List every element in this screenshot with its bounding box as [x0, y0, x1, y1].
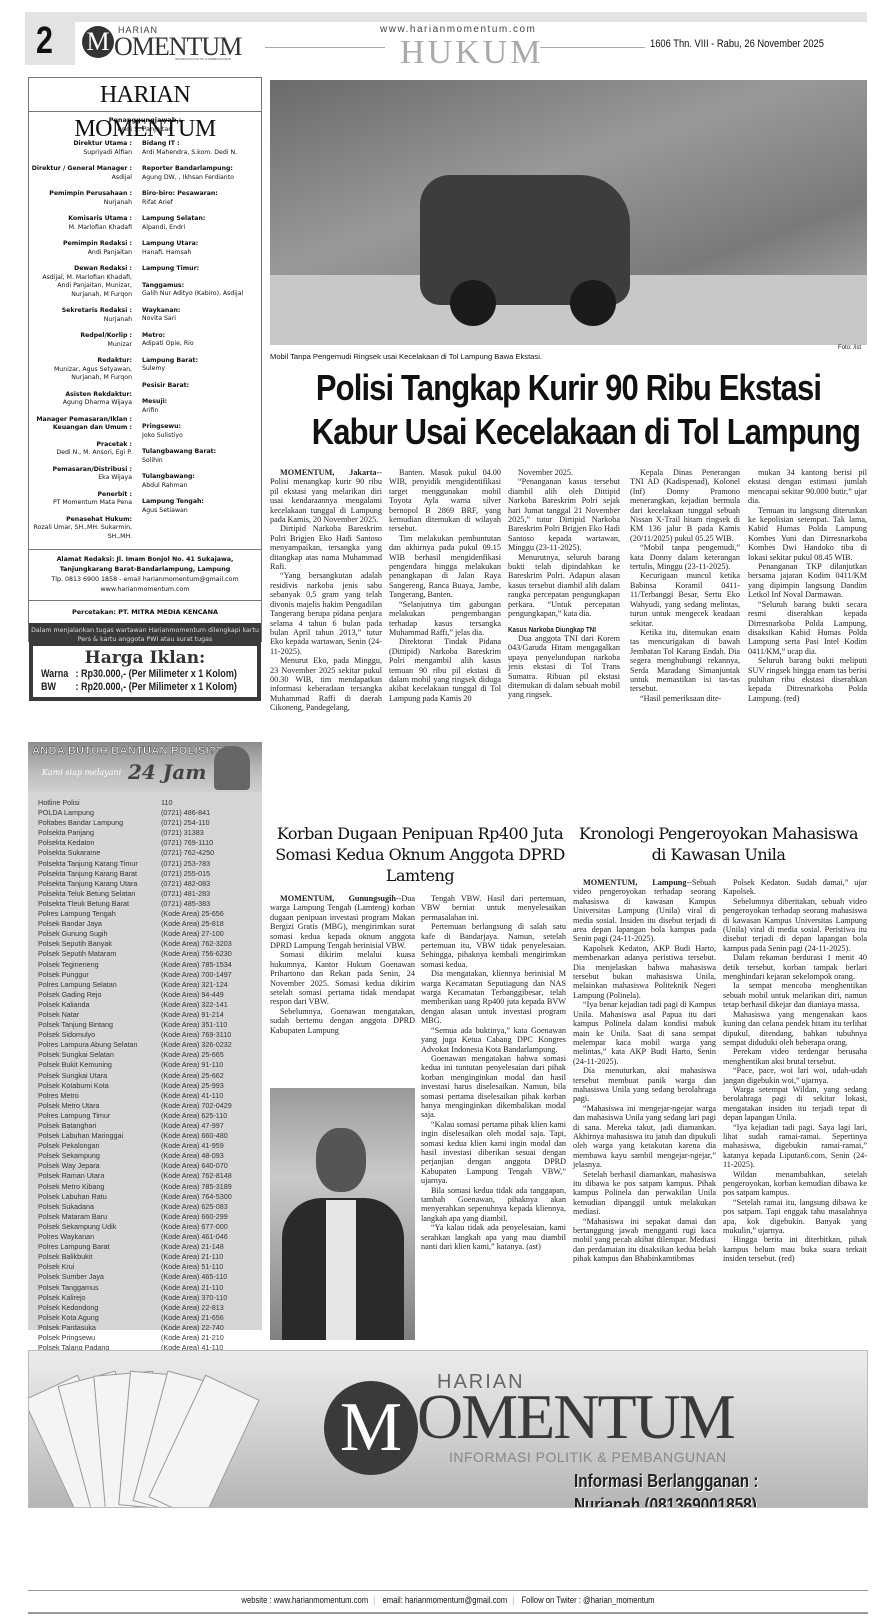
station-name: Polsekta Tanjung Karang Timur — [38, 859, 161, 869]
staff-role: Asisten Rekdaktur: — [29, 391, 132, 400]
phone-number[interactable]: (Kode Area) 660-299 — [161, 1212, 228, 1222]
paragraph: MOMENTUM, Gunungsugih--Dua warga Lampung… — [270, 894, 415, 950]
staff-entry: Dewan Redaksi :Asdijal, M. Marlofian Kha… — [29, 265, 132, 299]
phone-number[interactable]: (Kode Area) 94-449 — [161, 990, 224, 1000]
hotline-row: Polsekta Tanjung Karang Timur(0721) 253-… — [38, 859, 262, 869]
staff-name: Joko Sulistiyo — [142, 432, 183, 439]
phone-number[interactable]: 110 — [161, 798, 172, 808]
hotline-row: Polsekta Tleuk Betung Barat(0721) 485-38… — [38, 899, 262, 909]
phone-number[interactable]: (Kode Area) 677-000 — [161, 1222, 228, 1232]
paragraph: Kepala Dinas Penerangan TNI AD (Kadispen… — [630, 468, 740, 543]
staff-left: Direktur Utama :Supriyadi AlfianDirektur… — [29, 140, 137, 549]
hotline-row: Polsek Pardasuka(Kode Area) 22-740 — [38, 1323, 262, 1333]
station-name: Polsek Tanggamus — [38, 1283, 161, 1293]
station-name: Polres Metro — [38, 1091, 161, 1101]
staff-role: Tulangbawang: — [142, 473, 261, 482]
station-name: Polsek Sumber Jaya — [38, 1272, 161, 1282]
phone-number[interactable]: (Kode Area) 625-110 — [161, 1111, 227, 1121]
phone-number[interactable]: (Kode Area) 702-0429 — [161, 1101, 232, 1111]
staff-name: Asdijal — [112, 174, 132, 181]
phone-number[interactable]: (Kode Area) 785-1534 — [161, 960, 232, 970]
main-article-col-2: Banten. Masuk pukul 04.00 WIB, penyidik … — [389, 468, 501, 703]
station-name: Polsek Seputih Mataram — [38, 949, 161, 959]
paragraph: Penanganan TKP dilanjutkan bersama jajar… — [748, 562, 867, 600]
staff-role: Bidang IT : — [142, 140, 261, 149]
station-name: Polsek Kedondong — [38, 1303, 161, 1313]
address-block: Alamat Redaksi: Jl. Imam Bonjol No. 41 S… — [29, 549, 261, 600]
paragraph: Wildan menambahkan, setelah pengeroyokan… — [723, 1170, 867, 1198]
phone-number[interactable]: (Kode Area) 25-993 — [161, 1081, 224, 1091]
phone-number[interactable]: (Kode Area) 322-141 — [161, 1000, 228, 1010]
phone-number[interactable]: (Kode Area) 21-110 — [161, 1252, 223, 1262]
hotline-row: Polsek Sungkai Selatan(Kode Area) 25-665 — [38, 1050, 262, 1060]
staff-name: Novita Sari — [142, 315, 176, 322]
hotline-row: Polsek Kalianda(Kode Area) 322-141 — [38, 1000, 262, 1010]
footer: website : www.harianmomentum.com| email:… — [91, 1595, 805, 1605]
paragraph: Tim melakukan pembuntutan dan akhirnya p… — [389, 534, 501, 600]
staff-name: Asdijal, M. Marlofian Khadafi, Andi Panj… — [42, 274, 132, 298]
staff-entry: Tanggamus:Galih Nur Adityo (Kabiro), Asd… — [142, 282, 261, 299]
portrait-photo — [270, 1088, 415, 1340]
hotline-row: Polsek Sumber Jaya(Kode Area) 465-110 — [38, 1272, 262, 1282]
phone-number[interactable]: (Kode Area) 764-5300 — [161, 1192, 232, 1202]
value: Andi S. Panjaitan — [118, 125, 173, 133]
paragraph: Ketika itu, ditemukan enam tas mencuriga… — [630, 628, 740, 694]
station-name: Polsekta Sukarame — [38, 848, 161, 858]
hotline-row: Polsek Sungkai Utara(Kode Area) 25-662 — [38, 1071, 262, 1081]
hotline-row: Polres Lampung Timur(Kode Area) 625-110 — [38, 1111, 262, 1121]
hotline-row: Polsek Tanjung Bintang(Kode Area) 351-11… — [38, 1020, 262, 1030]
phone-number[interactable]: (Kode Area) 91-214 — [161, 1010, 224, 1020]
station-name: Polres Lampung Timur — [38, 1111, 161, 1121]
ad-rate-color: Warna: Rp30.000,- (Per Milimeter x 1 Kol… — [41, 668, 212, 681]
article-2-col-1: MOMENTUM, Gunungsugih--Dua warga Lampung… — [270, 894, 415, 1035]
hotline-row: Poltabes Bandar Lampung(0721) 254-110 — [38, 818, 262, 828]
station-name: Polsek Gading Rejo — [38, 990, 161, 1000]
paragraph: Mahasiswa yang mengenakan kaos kuning da… — [723, 1010, 867, 1048]
staff-role: Pesisir Barat: — [142, 382, 261, 391]
staff-name: Adipati Opie, Rio — [142, 340, 194, 347]
label: Penanggungjawab : — [109, 116, 182, 124]
staff-name: Munizar — [108, 341, 132, 348]
article-2-col-2: Tengah VBW. Hasil dari pertemuan, VBW be… — [421, 894, 566, 1251]
masthead-box: HARIAN MOMENTUM Penanggungjawab : Andi S… — [28, 77, 262, 642]
phone-number[interactable]: (0721) 485-383 — [161, 899, 210, 909]
masthead-title: HARIAN MOMENTUM — [29, 78, 261, 112]
staff-entry: Mesuji:Arifin — [142, 398, 261, 415]
staff-name: Ardi Mahendra, S.kom. Dedi N. — [142, 149, 237, 156]
phone-number[interactable]: (Kode Area) 785-3189 — [161, 1182, 232, 1192]
station-name: Polres Lampura Abung Selatan — [38, 1040, 161, 1050]
paragraph: Banten. Masuk pukul 04.00 WIB, penyidik … — [389, 468, 501, 534]
phone-number[interactable]: (Kode Area) 640-070 — [161, 1161, 228, 1171]
hotline-row: Polsek Punggur(Kode Area) 700-1497 — [38, 970, 262, 980]
station-name: Hotline Polisi — [38, 798, 161, 808]
phone-number[interactable]: (Kode Area) 769-3110 — [161, 1030, 231, 1040]
station-name: Polsek Pardasuka — [38, 1323, 161, 1333]
paragraph: MOMENTUM, Jakarta--Polisi menangkap kuri… — [270, 468, 382, 524]
staff-role: Lampung Tengah: — [142, 498, 261, 507]
staff-name: Abdul Rahman — [142, 482, 187, 489]
station-name: Poltabes Bandar Lampung — [38, 818, 161, 828]
paragraph: Polsek Kedaton. Sudah damai,” ujar Kapol… — [723, 878, 867, 897]
hotline-row: Polsekta Tanjung Karang Utara(0721) 482-… — [38, 879, 262, 889]
hotline-row: Polsek Krui(Kode Area) 51-110 — [38, 1262, 262, 1272]
hotline-row: Polsek Pekalongan(Kode Area) 41-959 — [38, 1141, 262, 1151]
station-name: Polres Lampung Barat — [38, 1242, 161, 1252]
station-name: Polsek Mataram Baru — [38, 1212, 161, 1222]
photo-credit: Foto: /ist — [838, 345, 861, 351]
paragraph: Pertemuan berlangsung di salah satu kafe… — [421, 922, 566, 969]
phone-number[interactable]: (Kode Area) 321-124 — [161, 980, 228, 990]
printer: Percetakan: PT. MITRA MEDIA KENCANA — [29, 600, 261, 623]
hotline-row: Polsek Kotabumi Kota(Kode Area) 25-993 — [38, 1081, 262, 1091]
paragraph: Tengah VBW. Hasil dari pertemuan, VBW be… — [421, 894, 566, 922]
header-bar — [25, 12, 867, 22]
paragraph: Menurut Eko, pada Minggu, 23 November 20… — [270, 656, 382, 712]
phone-number[interactable]: (Kode Area) 27-100 — [161, 929, 224, 939]
main-article-col-1: MOMENTUM, Jakarta--Polisi menangkap kuri… — [270, 468, 382, 713]
station-name: Polres Lampung Tengah — [38, 909, 161, 919]
staff-name: Nurjanah — [104, 316, 132, 323]
station-name: Polsek Pekalongan — [38, 1141, 161, 1151]
phone-number[interactable]: (0721) 762-4250 — [161, 848, 214, 858]
phone-number[interactable]: (Kode Area) 91-110 — [161, 1060, 223, 1070]
article-3-col-2: Polsek Kedaton. Sudah damai,” ujar Kapol… — [723, 878, 867, 1264]
staff-entry: Direktur / General Manager :Asdijal — [29, 165, 132, 182]
paragraph: “Mobil tanpa pengemudi,” kata Donny dala… — [630, 543, 740, 571]
paragraph: “Selanjutnya tim gabungan melakukan peng… — [389, 600, 501, 638]
paragraph: Temuan itu langsung diteruskan ke kepoli… — [748, 506, 867, 562]
paragraph: MOMENTUM, Lampung--Sebuah video pengeroy… — [573, 878, 716, 944]
logo-icon: M — [82, 26, 114, 58]
phone-number[interactable]: (Kode Area) 41-959 — [161, 1141, 224, 1151]
hotline-row: Polsek Kalirejo(Kode Area) 370-110 — [38, 1293, 262, 1303]
staff-name: Sulemy — [142, 365, 165, 372]
newspaper-stack-icon — [49, 1371, 259, 1508]
paragraph: “Iya kejadian tadi pagi. Saya lagi lari,… — [723, 1123, 867, 1170]
hotline-row: Polsek Seputih Mataram(Kode Area) 756-62… — [38, 949, 262, 959]
phone-number[interactable]: (0721) 255-015 — [161, 869, 210, 879]
masthead-web[interactable]: www.harianmomentum.com — [32, 585, 258, 595]
station-name: Polsek Sekampung Udik — [38, 1222, 161, 1232]
paragraph: “Yang bersangkutan adalah residivis nark… — [270, 571, 382, 656]
staff-entry: Komisaris Utama :M. Marlofian Khadafi — [29, 215, 132, 232]
section-title: HUKUM — [400, 34, 543, 72]
headline-line-2: Kabur Usai Kecelakaan di Tol Lampung — [312, 410, 825, 454]
staff-role: Reporter Bandarlampung: — [142, 165, 261, 174]
phone-number[interactable]: (0721) 254-110 — [161, 818, 210, 828]
page-number: 2 — [36, 20, 53, 63]
staff-name: Dedi N., M. Ansori, Egi P. — [56, 449, 132, 456]
phone-number[interactable]: (0721) 769-1110 — [161, 838, 213, 848]
staff-name: Arifin — [142, 407, 158, 414]
hotline-row: Polsek Seputih Banyak(Kode Area) 762-320… — [38, 939, 262, 949]
staff-name: Eka Wijaya — [98, 474, 132, 481]
staff-entry: Redaktur:Munizar, Agus Setyawan, Nurjana… — [29, 357, 132, 383]
phone-number[interactable]: (Kode Area) 762-8148 — [161, 1171, 232, 1181]
station-name: Polres Lampung Selatan — [38, 980, 161, 990]
main-headline: Polisi Tangkap Kurir 90 Ribu Ekstasi Kab… — [312, 366, 825, 454]
station-name: Polsek Labuhan Ratu — [38, 1192, 161, 1202]
station-name: Polsekta Tleuk Betung Barat — [38, 899, 161, 909]
paragraph: Dalam rekaman berdurasi 1 menit 40 detik… — [723, 953, 867, 981]
station-name: Polsek Tegineneng — [38, 960, 161, 970]
hotline-row: Hotline Polisi110 — [38, 798, 262, 808]
logo-tagline: INFORMASI POLITIK & PEMBANGUNAN — [175, 57, 231, 61]
paragraph: “Mahasiswa ini sepakat damai dan bertang… — [573, 1217, 716, 1264]
hotline-row: Polsek Bukit Kemuning(Kode Area) 91-110 — [38, 1060, 262, 1070]
hotline-row: Polsekta Teluk Betung Selatan(0721) 481-… — [38, 889, 262, 899]
main-article-col-5: mukan 34 kantong berisi pil ekstasi deng… — [748, 468, 867, 703]
paragraph: Menurutnya, seluruh barang bukti telah d… — [508, 553, 620, 619]
article-2-title: Korban Dugaan Penipuan Rp400 Juta Somasi… — [270, 823, 570, 886]
staff-entry: Lampung Barat:Sulemy — [142, 357, 261, 374]
info-line-1: Informasi Berlangganan : — [574, 1469, 758, 1493]
staff-role: Redaktur: — [29, 357, 132, 366]
hotline-row: Polsek Metro Utara(Kode Area) 702-0429 — [38, 1101, 262, 1111]
police-title: ANDA BUTUH BANTUAN POLISI??? — [32, 745, 230, 757]
info-line-2: Nurjanah (081369001858) — [574, 1493, 758, 1508]
staff-name: Solihin — [142, 457, 163, 464]
paragraph: “Penanganan kasus tersebut diambil alih … — [508, 477, 620, 552]
phone-number[interactable]: (Kode Area) 370-110 — [161, 1293, 227, 1303]
staff-role: Lampung Barat: — [142, 357, 261, 366]
hotline-row: Polres Lampung Tengah(Kode Area) 25-656 — [38, 909, 262, 919]
staff-name: Rozali Umar, SH.,MH. Sukarmin, SH.,MH. — [34, 524, 132, 540]
sub-tagline: INFORMASI POLITIK & PEMBANGUNAN — [449, 1449, 727, 1465]
staff-role: Direktur Utama : — [29, 140, 132, 149]
paragraph: Direktorat Tindak Pidana (Dittipid) Nark… — [389, 637, 501, 703]
hotline-row: Polsekta Panjang(0721) 31383 — [38, 828, 262, 838]
phone-number[interactable]: (Kode Area) 21-656 — [161, 1313, 224, 1323]
hotline-row: Polsek Way Jepara(Kode Area) 640-070 — [38, 1161, 262, 1171]
main-article-col-3: November 2025.“Penanganan kasus tersebut… — [508, 468, 620, 700]
phone-number[interactable]: (0721) 253-783 — [161, 859, 210, 869]
station-name: Polsek Metro Kibang — [38, 1182, 161, 1192]
staff-name: Nurjanah — [104, 199, 132, 206]
phone-number[interactable]: (0721) 31383 — [161, 828, 204, 838]
staff-role: Tanggamus: — [142, 282, 261, 291]
paragraph: Dirtipid Narkoba Bareskrim Polri Brigjen… — [270, 524, 382, 571]
staff-role: Mesuji: — [142, 398, 261, 407]
station-name: Polsek Sidomulyo — [38, 1030, 161, 1040]
staff-entry: Lampung Tengah:Agus Setiawan — [142, 498, 261, 515]
staff-name: PT Momentum Mata Pena — [53, 499, 132, 506]
phone-number[interactable]: (Kode Area) 21-110 — [161, 1283, 223, 1293]
staff-entry: Lampung Utara:Hanafi, Hamsah — [142, 240, 261, 257]
phone-number[interactable]: (Kode Area) 351-110 — [161, 1020, 227, 1030]
station-name: Polsek Metro Utara — [38, 1101, 161, 1111]
phone-number[interactable]: (Kode Area) 461-046 — [161, 1232, 228, 1242]
ad-rates-title: Harga Iklan: — [41, 648, 249, 668]
phone-number[interactable]: (Kode Area) 21-210 — [161, 1333, 224, 1343]
staff-role: Lampung Timur: — [142, 265, 261, 274]
sub-logo: OMENTUM — [417, 1385, 734, 1449]
staff-role: Waykanan: — [142, 307, 261, 316]
hotline-row: Polsek Mataram Baru(Kode Area) 660-299 — [38, 1212, 262, 1222]
hotline-row: POLDA Lampung(0721) 486-841 — [38, 808, 262, 818]
paragraph: Dia mengatakan, kliennya berinisial M wa… — [421, 969, 566, 1025]
staff-entry: Penasehat Hukum:Rozali Umar, SH.,MH. Suk… — [29, 516, 132, 542]
hotline-row: Polsek Sekampung(Kode Area) 48-093 — [38, 1151, 262, 1161]
station-name: Polsek Seputih Banyak — [38, 939, 161, 949]
footer-email[interactable]: email: harianmomentum@gmail.com — [382, 1595, 507, 1605]
staff-name: Alpandi, Endri — [142, 224, 185, 231]
hotline-row: Polres Lampung Barat(Kode Area) 21-148 — [38, 1242, 262, 1252]
staff-entry: Redpel/Korlip :Munizar — [29, 332, 132, 349]
phone-number[interactable]: (Kode Area) 465-110 — [161, 1272, 227, 1282]
hotline-row: Polsek Pringsewu(Kode Area) 21-210 — [38, 1333, 262, 1343]
staff-role: Metro: — [142, 332, 261, 341]
address: Alamat Redaksi: Jl. Imam Bonjol No. 41 S… — [32, 555, 258, 575]
staff-name: M. Marlofian Khadafi — [69, 224, 132, 231]
phone-number[interactable]: (Kode Area) 25-818 — [161, 919, 224, 929]
staff-entry: Pemimpin Redaksi :Andi Panjaitan — [29, 240, 132, 257]
paragraph: Somasi dikirim melalui kuasa hukumnya, K… — [270, 950, 415, 1006]
staff-role: Sekretaris Redaksi : — [29, 307, 132, 316]
staff-role: Redpel/Korlip : — [29, 332, 132, 341]
paragraph: “Hasil pemeriksaan dite- — [630, 694, 740, 703]
crash-photo — [270, 80, 867, 345]
hotline-row: Polsek Raman Utara(Kode Area) 762-8148 — [38, 1171, 262, 1181]
dateline: MOMENTUM, Gunungsugih — [280, 894, 396, 903]
hotline-row: Polres Waykanan(Kode Area) 461-046 — [38, 1232, 262, 1242]
hotline-row: Polsek Batanghari(Kode Area) 47-997 — [38, 1121, 262, 1131]
station-name: Polsek Tanjung Bintang — [38, 1020, 161, 1030]
paragraph: Sebelumnya, Goenawan mengatakan, sudah b… — [270, 1007, 415, 1035]
staff-role: Lampung Selatan: — [142, 215, 261, 224]
staff-role: Pracetak : — [29, 441, 132, 450]
phone-number[interactable]: (0721) 481-283 — [161, 889, 210, 899]
station-name: POLDA Lampung — [38, 808, 161, 818]
paragraph: Ia sempat mencoba menghentikan sebuah mo… — [723, 981, 867, 1009]
station-name: Polsekta Panjang — [38, 828, 161, 838]
logo-icon-large: M — [324, 1381, 418, 1475]
paragraph: “Ya kalau tidak ada penyelesaian, kami s… — [421, 1223, 566, 1251]
phone-number[interactable]: (Kode Area) 625-083 — [161, 1202, 228, 1212]
article-3-col-1: MOMENTUM, Lampung--Sebuah video pengeroy… — [573, 878, 716, 1264]
phone-number[interactable]: (Kode Area) 48-093 — [161, 1151, 224, 1161]
station-name: Polsekta Teluk Betung Selatan — [38, 889, 161, 899]
footer-twitter[interactable]: Follow on Twiter : @harian_momentum — [521, 1595, 654, 1605]
staff-name: Hanafi, Hamsah — [142, 249, 191, 256]
staff-role: Pemimpin Perusahaan : — [29, 190, 132, 199]
phone-number[interactable]: (Kode Area) 762-3203 — [161, 939, 232, 949]
staff-entry: Tulangbawang:Abdul Rahman — [142, 473, 261, 490]
staff-role: Lampung Utara: — [142, 240, 261, 249]
station-name: Polsek Bandar Jaya — [38, 919, 161, 929]
phone-number[interactable]: (Kode Area) 21-148 — [161, 1242, 224, 1252]
paragraph: Dia menuturkan, aksi mahasiswa tersebut … — [573, 1066, 716, 1104]
hotline-row: Polsek Tanggamus(Kode Area) 21-110 — [38, 1283, 262, 1293]
station-name: Polsek Kotabumi Kota — [38, 1081, 161, 1091]
paragraph: mukan 34 kantong berisi pil ekstasi deng… — [748, 468, 867, 506]
footer-website[interactable]: website : www.harianmomentum.com — [241, 1595, 368, 1605]
station-name: Polsekta Kedaton — [38, 838, 161, 848]
paragraph: “Kalau somasi pertama pihak klien kami i… — [421, 1120, 566, 1186]
paragraph: Sebelumnya diberitakan, sebuah video pen… — [723, 897, 867, 953]
paragraph: Hingga berita ini diterbitkan, pihak kam… — [723, 1235, 867, 1263]
hotline-row: Polres Lampung Selatan(Kode Area) 321-12… — [38, 980, 262, 990]
phone-number[interactable]: (0721) 486-841 — [161, 808, 210, 818]
phone-number[interactable]: (Kode Area) 41-110 — [161, 1091, 223, 1101]
staff-entry: Pemimpin Perusahaan :Nurjanah — [29, 190, 132, 207]
phone-number[interactable]: (Kode Area) 756-6230 — [161, 949, 232, 959]
station-name: Polsek Kalirejo — [38, 1293, 161, 1303]
divider — [28, 1612, 868, 1614]
penanggungjawab: Penanggungjawab : Andi S. Panjaitan — [29, 116, 261, 134]
edition-date: 1606 Thn. VIII - Rabu, 26 November 2025 — [650, 38, 824, 50]
dateline: MOMENTUM, Jakarta- — [280, 468, 379, 477]
station-name: Polsek Raman Utara — [38, 1171, 161, 1181]
phone-number[interactable]: (Kode Area) 51-110 — [161, 1262, 223, 1272]
staff-role: Biro-biro: Pesawaran: — [142, 190, 261, 199]
staff-entry: Pemasaran/Distribusi :Eka Wijaya — [29, 466, 132, 483]
station-name: Polsek Sungkai Utara — [38, 1071, 161, 1081]
phone-number[interactable]: (Kode Area) 22-813 — [161, 1303, 224, 1313]
subscription-ad[interactable]: M HARIAN OMENTUM INFORMASI POLITIK & PEM… — [28, 1350, 868, 1508]
station-name: Polsek Labuhan Maringgai — [38, 1131, 161, 1141]
staff-name: Agung Dharma Wijaya — [63, 399, 132, 406]
hotline-row: Polsekta Tanjung Karang Barat(0721) 255-… — [38, 869, 262, 879]
hotline-row: Polsekta Sukarame(0721) 762-4250 — [38, 848, 262, 858]
staff-entry: Sekretaris Redaksi :Nurjanah — [29, 307, 132, 324]
phone-number[interactable]: (Kode Area) 25-656 — [161, 909, 224, 919]
paragraph: “Iya benar kejadian tadi pagi di Kampus … — [573, 1000, 716, 1066]
headline-line-1: Polisi Tangkap Kurir 90 Ribu Ekstasi — [312, 366, 825, 410]
phone-number[interactable]: (Kode Area) 47-997 — [161, 1121, 224, 1131]
divider — [28, 1590, 868, 1591]
staff-entry: Biro-biro: Pesawaran:Rifat Arief — [142, 190, 261, 207]
subscription-info: Informasi Berlangganan : Nurjanah (08136… — [574, 1469, 758, 1508]
paragraph: November 2025. — [508, 468, 620, 477]
hotline-row: Polsek Sidomulyo(Kode Area) 769-3110 — [38, 1030, 262, 1040]
station-name: Polsek Way Jepara — [38, 1161, 161, 1171]
staff-name: Andi Panjaitan — [88, 249, 132, 256]
station-name: Polres Waykanan — [38, 1232, 161, 1242]
hotline-row: Polsek Kota Agung(Kode Area) 21-656 — [38, 1313, 262, 1323]
station-name: Polsekta Tanjung Karang Barat — [38, 869, 161, 879]
paragraph: “Setelah ramai itu, langsung dibawa ke p… — [723, 1198, 867, 1236]
phone-number[interactable]: (Kode Area) 25-665 — [161, 1050, 224, 1060]
staff-role: Dewan Redaksi : — [29, 265, 132, 274]
phone-number[interactable]: (Kode Area) 700-1497 — [161, 970, 232, 980]
hotline-row: Polsek Bandar Jaya(Kode Area) 25-818 — [38, 919, 262, 929]
hotline-row: Polsek Tegineneng(Kode Area) 785-1534 — [38, 960, 262, 970]
phone-number[interactable]: (0721) 482-083 — [161, 879, 210, 889]
paragraph: Setelah berhasil diamankan, mahasiswa it… — [573, 1170, 716, 1217]
paragraph: Goenawan mengatakan bahwa somasi kedua i… — [421, 1054, 566, 1120]
phone-number[interactable]: (Kode Area) 326-0232 — [161, 1040, 232, 1050]
phone-number[interactable]: (Kode Area) 660-480 — [161, 1131, 228, 1141]
staff-entry: Metro:Adipati Opie, Rio — [142, 332, 261, 349]
station-name: Polsek Batanghari — [38, 1121, 161, 1131]
hotline-row: Polsek Sekampung Udik(Kode Area) 677-000 — [38, 1222, 262, 1232]
station-name: Polsek Gunung Sugih — [38, 929, 161, 939]
police-hours: 24 Jam — [128, 760, 206, 784]
staff-name: Rifat Arief — [142, 199, 173, 206]
phone-number[interactable]: (Kode Area) 25-662 — [161, 1071, 224, 1081]
hotline-row: Polsek Kedondong(Kode Area) 22-813 — [38, 1303, 262, 1313]
station-name: Polsek Sekampung — [38, 1151, 161, 1161]
phone-number[interactable]: (Kode Area) 22-740 — [161, 1323, 224, 1333]
staff-name: Agus Setiawan — [142, 507, 188, 514]
police-list: Hotline Polisi110POLDA Lampung(0721) 486… — [28, 792, 262, 1373]
staff-role: Pemasaran/Distribusi : — [29, 466, 132, 475]
staff-entry: Lampung Selatan:Alpandi, Endri — [142, 215, 261, 232]
staff-entry: Reporter Bandarlampung:Agung DW, , Ikhsa… — [142, 165, 261, 182]
